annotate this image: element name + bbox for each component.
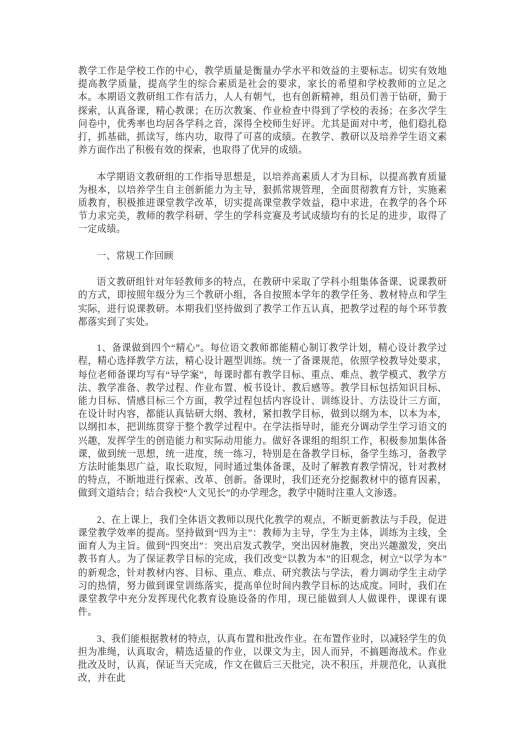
paragraph: 本学期语文教研组的工作指导思想是，以培养高素质人才为目标，以提高教育质量为根本，… [78, 172, 447, 238]
paragraph: 语文教研组针对年轻教师多的特点，在教研中采取了学科小组集体备课、说课教研的方式，… [78, 277, 447, 330]
document-page: 教学工作是学校工作的中心，教学质量是衡量办学水平和效益的主要标志。切实有效地提高… [0, 0, 520, 735]
section-heading: 一、常规工作回顾 [78, 251, 447, 264]
paragraph: 1、备课做到四个“精心”。每位语文教师都能精心制订教学计划，精心设计教学过程，精… [78, 343, 447, 501]
paragraph: 2、在上课上，我们全体语文教师以现代化教学的观点，不断更新教法与手段，促进课堂教… [78, 515, 447, 621]
paragraph: 3、我们能根据教材的特点，认真布置和批改作业。在布置作业时，以减轻学生的负担为准… [78, 634, 447, 687]
document-body: 教学工作是学校工作的中心，教学质量是衡量办学水平和效益的主要标志。切实有效地提高… [78, 66, 447, 686]
paragraph: 教学工作是学校工作的中心，教学质量是衡量办学水平和效益的主要标志。切实有效地提高… [78, 66, 447, 158]
